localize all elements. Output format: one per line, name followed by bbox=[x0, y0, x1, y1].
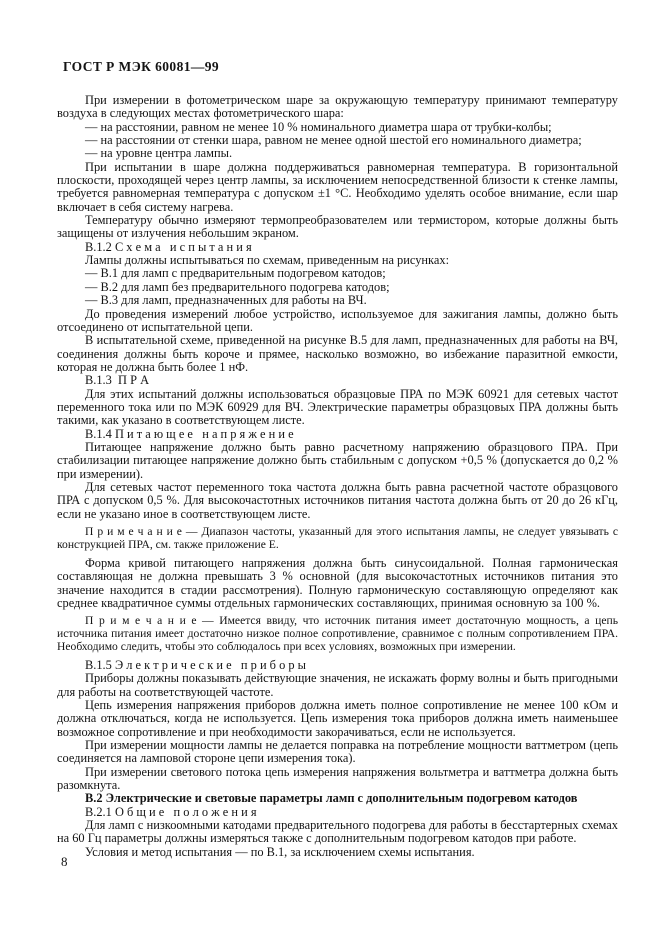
paragraph: Для сетевых частот переменного тока част… bbox=[57, 481, 618, 521]
paragraph: Условия и метод испытания — по В.1, за и… bbox=[57, 846, 618, 859]
paragraph: При измерении мощности лампы не делается… bbox=[57, 739, 618, 766]
paragraph: До проведения измерений любое устройство… bbox=[57, 308, 618, 335]
paragraph: Для ламп с низкоомными катодами предвари… bbox=[57, 819, 618, 846]
note-paragraph: П р и м е ч а н и е — Имеется ввиду, что… bbox=[57, 615, 618, 654]
section-heading-bold: В.2 Электрические и световые параметры л… bbox=[57, 792, 618, 805]
section-heading: В.1.4 П и т а ю щ е е н а п р я ж е н и … bbox=[57, 428, 618, 441]
paragraph: — В.2 для ламп без предварительного подо… bbox=[57, 281, 618, 294]
paragraph: Форма кривой питающего напряжения должна… bbox=[57, 557, 618, 610]
paragraph: Цепь измерения напряжения приборов должн… bbox=[57, 699, 618, 739]
section-heading: В.1.3 П Р А bbox=[57, 374, 618, 387]
section-heading: В.1.5 Э л е к т р и ч е с к и е п р и б … bbox=[57, 659, 618, 672]
paragraph: При измерении в фотометрическом шаре за … bbox=[57, 94, 618, 121]
document-page: ГОСТ Р МЭК 60081—99 При измерении в фото… bbox=[0, 0, 661, 936]
note-paragraph: П р и м е ч а н и е — Диапазон частоты, … bbox=[57, 526, 618, 552]
section-heading: В.1.2 С х е м а и с п ы т а н и я bbox=[57, 241, 618, 254]
paragraph: Для этих испытаний должны использоваться… bbox=[57, 388, 618, 428]
paragraph: — В.1 для ламп с предварительным подогре… bbox=[57, 267, 618, 280]
document-body: При измерении в фотометрическом шаре за … bbox=[57, 94, 618, 859]
paragraph: — на расстоянии, равном не менее 10 % но… bbox=[57, 121, 618, 134]
paragraph: В испытательной схеме, приведенной на ри… bbox=[57, 334, 618, 374]
page-number: 8 bbox=[61, 854, 68, 870]
paragraph: — на уровне центра лампы. bbox=[57, 147, 618, 160]
paragraph: При измерении светового потока цепь изме… bbox=[57, 766, 618, 793]
paragraph: Лампы должны испытываться по схемам, при… bbox=[57, 254, 618, 267]
paragraph: — на расстоянии от стенки шара, равном н… bbox=[57, 134, 618, 147]
document-title: ГОСТ Р МЭК 60081—99 bbox=[63, 59, 219, 75]
paragraph: Температуру обычно измеряют термопреобра… bbox=[57, 214, 618, 241]
paragraph: Приборы должны показывать действующие зн… bbox=[57, 672, 618, 699]
paragraph: Питающее напряжение должно быть равно ра… bbox=[57, 441, 618, 481]
paragraph: При испытании в шаре должна поддерживать… bbox=[57, 161, 618, 214]
paragraph: — В.3 для ламп, предназначенных для рабо… bbox=[57, 294, 618, 307]
section-heading: В.2.1 О б щ и е п о л о ж е н и я bbox=[57, 806, 618, 819]
